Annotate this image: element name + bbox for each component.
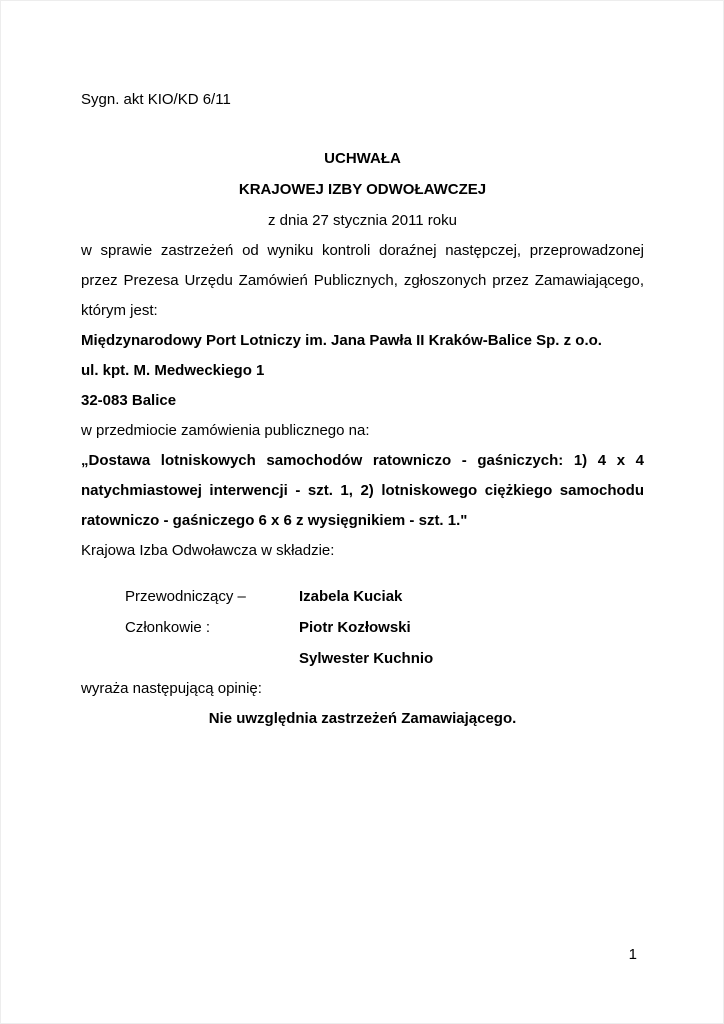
subject-intro: w przedmiocie zamówienia publicznego na: (81, 416, 644, 446)
title-date: z dnia 27 stycznia 2011 roku (81, 205, 644, 236)
title-block: UCHWAŁA KRAJOWEJ IZBY ODWOŁAWCZEJ z dnia… (81, 143, 644, 236)
panel-row-member-2: Sylwester Kuchnio (81, 643, 644, 674)
panel-row-chairperson: Przewodniczący – Izabela Kuciak (81, 581, 644, 612)
panel-role-label: Przewodniczący – (81, 581, 299, 612)
party-city: 32-083 Balice (81, 386, 644, 416)
subject-paragraph: „Dostawa lotniskowych samochodów ratowni… (81, 446, 644, 536)
party-street: ul. kpt. M. Medweckiego 1 (81, 356, 644, 386)
panel-composition: Przewodniczący – Izabela Kuciak Członkow… (81, 581, 644, 674)
panel-role-label (81, 643, 299, 674)
page-number: 1 (629, 945, 637, 965)
panel-intro: Krajowa Izba Odwoławcza w składzie: (81, 536, 644, 566)
opinion-statement: Nie uwzględnia zastrzeżeń Zamawiającego. (81, 704, 644, 734)
document-page: Sygn. akt KIO/KD 6/11 UCHWAŁA KRAJOWEJ I… (0, 0, 724, 1024)
panel-member-name: Izabela Kuciak (299, 581, 402, 612)
intro-paragraph: w sprawie zastrzeżeń od wyniku kontroli … (81, 236, 644, 326)
panel-row-member-1: Członkowie : Piotr Kozłowski (81, 612, 644, 643)
panel-role-label: Członkowie : (81, 612, 299, 643)
opinion-intro: wyraża następującą opinię: (81, 674, 644, 704)
panel-member-name: Piotr Kozłowski (299, 612, 411, 643)
title-line-1: UCHWAŁA (81, 143, 644, 174)
title-line-2: KRAJOWEJ IZBY ODWOŁAWCZEJ (81, 174, 644, 205)
party-name: Międzynarodowy Port Lotniczy im. Jana Pa… (81, 326, 644, 356)
panel-member-name: Sylwester Kuchnio (299, 643, 433, 674)
case-number: Sygn. akt KIO/KD 6/11 (81, 85, 644, 115)
